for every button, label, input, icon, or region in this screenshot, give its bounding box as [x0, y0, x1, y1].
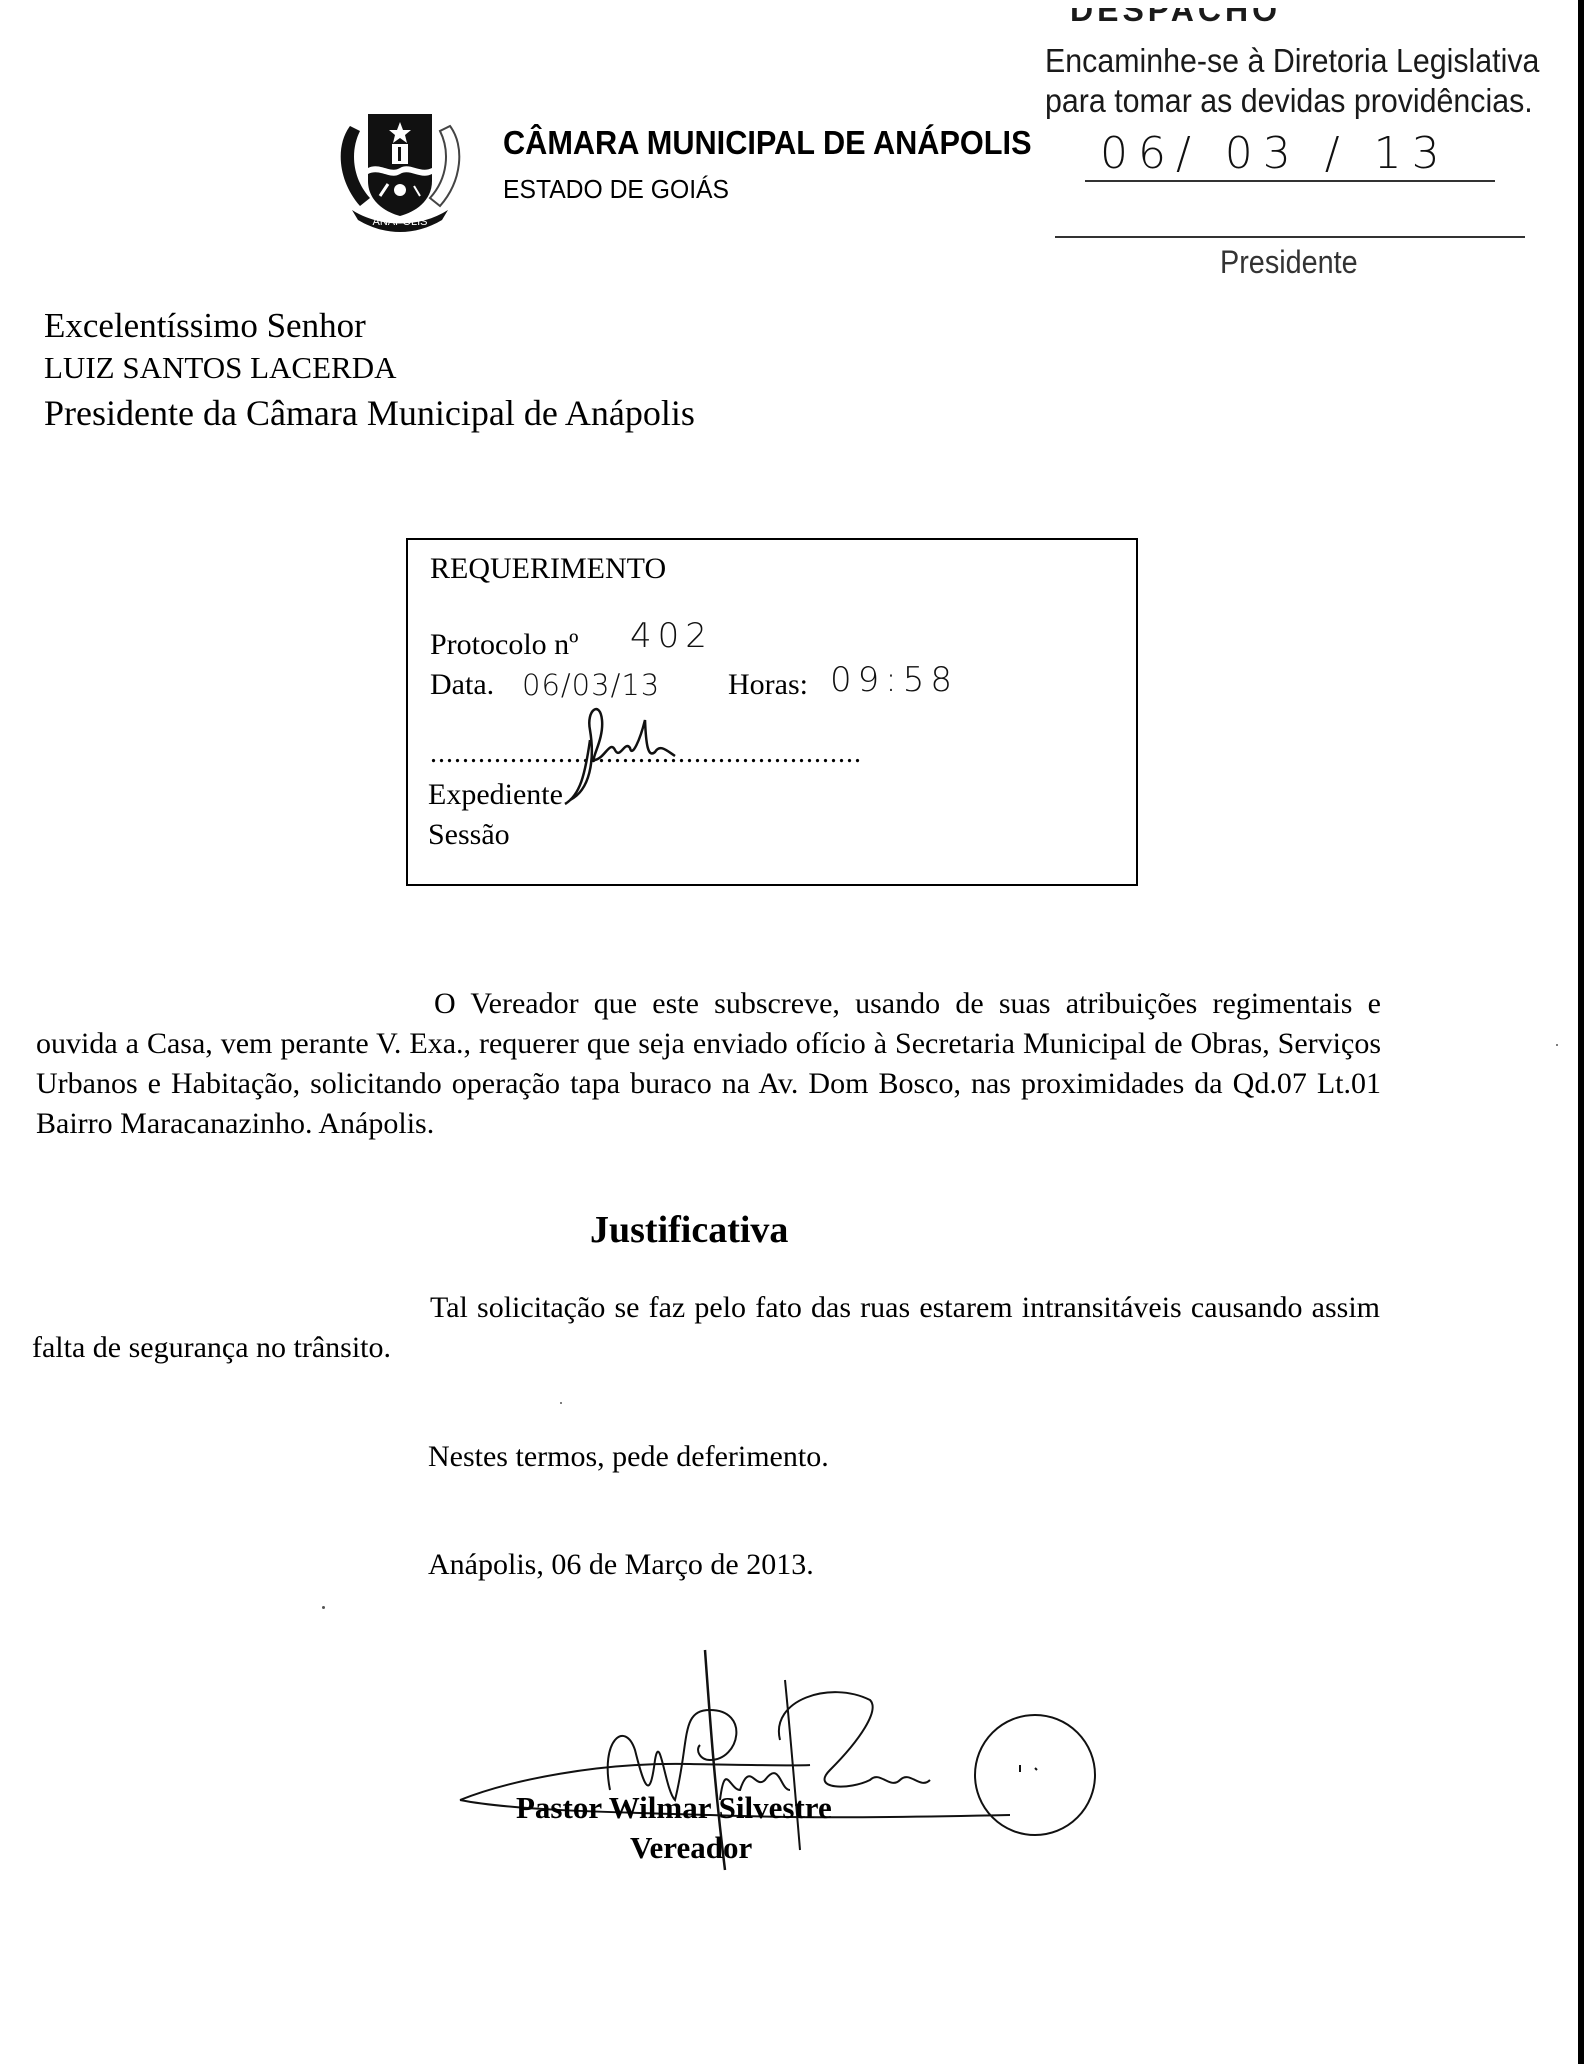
org-title: CÂMARA MUNICIPAL DE ANÁPOLIS [503, 124, 1032, 162]
scan-speck [1556, 1044, 1558, 1046]
addressee-position: Presidente da Câmara Municipal de Anápol… [44, 392, 695, 434]
councillor-name: Pastor Wilmar Silvestre [516, 1790, 832, 1826]
stamp-date-line [1085, 180, 1495, 182]
sessao-label: Sessão [428, 818, 510, 852]
stamp-signature-label: Presidente [1220, 244, 1358, 281]
expediente-label: Expediente [428, 778, 563, 812]
protocol-number-value: 402 [630, 616, 713, 656]
scan-edge-bar [1578, 0, 1584, 2064]
protocol-number-label: Protocolo nº [430, 628, 578, 662]
place-and-date: Anápolis, 06 de Março de 2013. [428, 1548, 814, 1582]
protocol-time-value: 09:58 [830, 660, 958, 700]
protocol-box-title: REQUERIMENTO [430, 552, 666, 586]
request-paragraph: O Vereador que este subscreve, usando de… [36, 984, 1381, 1144]
svg-text:ANÁPOLIS: ANÁPOLIS [372, 215, 427, 228]
stamp-signature-line [1055, 236, 1525, 238]
org-subtitle: ESTADO DE GOIÁS [503, 174, 729, 205]
scan-speck [560, 1402, 562, 1404]
protocol-date-label: Data. [430, 668, 494, 702]
protocol-date-value: 06/03/13 [522, 668, 660, 702]
closing-formula: Nestes termos, pede deferimento. [428, 1440, 829, 1474]
stamp-instruction-line1: Encaminhe-se à Diretoria Legislativa [1045, 42, 1539, 80]
protocol-time-label: Horas: [728, 668, 808, 702]
justification-paragraph: Tal solicitação se faz pelo fato das rua… [32, 1288, 1380, 1368]
scan-speck [322, 1606, 325, 1609]
councillor-role: Vereador [630, 1830, 752, 1866]
stamp-heading-cut: DESPACHO [1070, 8, 1281, 28]
stamp-handwritten-date: 06/ 03 / 13 [1100, 128, 1450, 179]
justification-heading: Justificativa [590, 1208, 788, 1252]
addressee-salutation: Excelentíssimo Senhor [44, 306, 366, 346]
addressee-name: LUIZ SANTOS LACERDA [44, 350, 397, 386]
coat-of-arms-icon: ANÁPOLIS [330, 86, 470, 236]
councillor-signature [450, 1640, 1100, 1880]
stamp-instruction-line2: para tomar as devidas providências. [1045, 82, 1533, 120]
clerk-rubric-signature [520, 700, 820, 810]
